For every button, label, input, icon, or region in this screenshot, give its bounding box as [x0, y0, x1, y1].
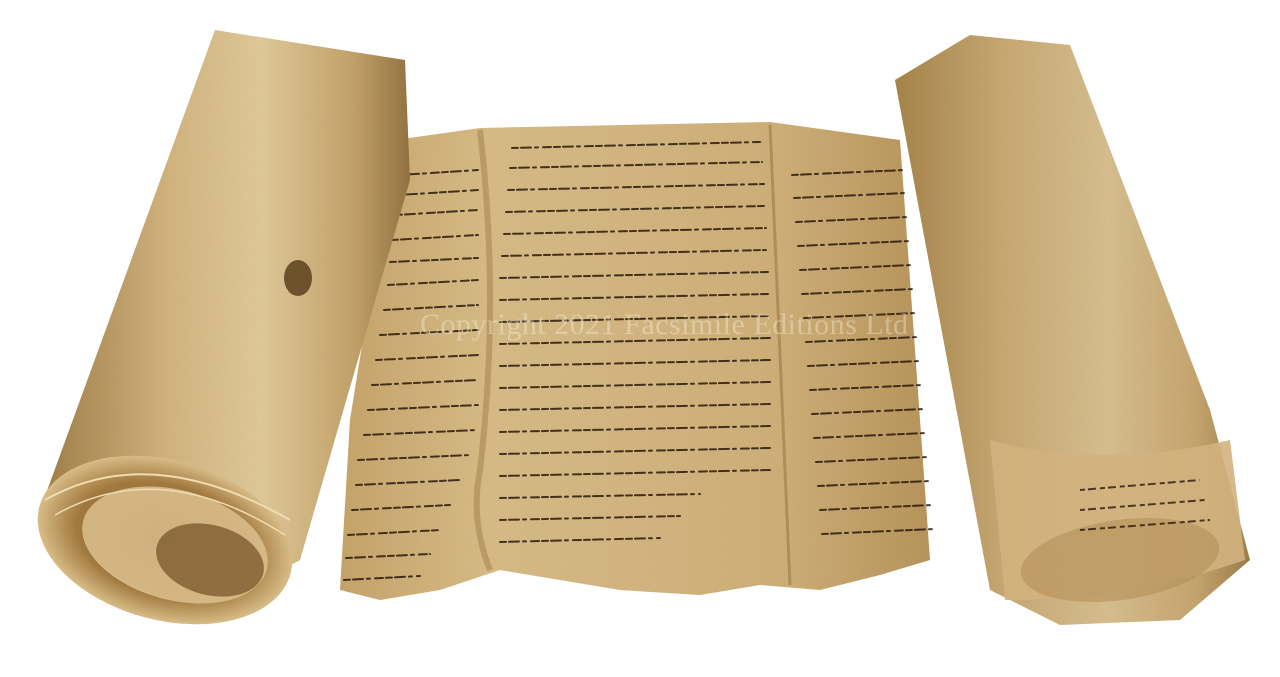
right-roll	[895, 35, 1250, 625]
watermark-text: Copyright 2021 Facsimile Editions Ltd	[420, 308, 908, 342]
scroll-photo: Ancient unrolled Hebrew parchment scroll…	[0, 0, 1280, 677]
